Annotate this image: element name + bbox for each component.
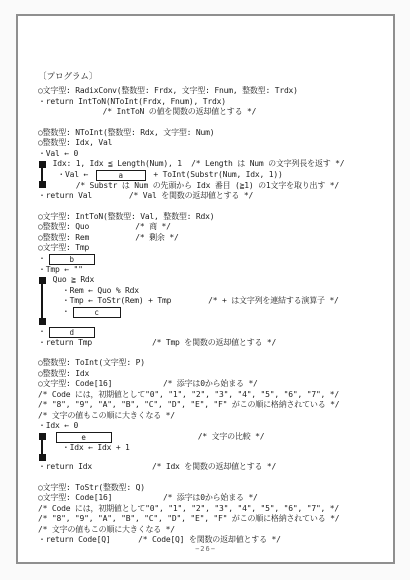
loop-marker-square xyxy=(38,453,48,462)
page-number: −26− xyxy=(18,545,393,553)
code-text: ○整数型: Idx, Val xyxy=(38,138,112,149)
program-section: ○整数型: ToInt(文字型: P)○整数型: Idx○文字型: Code[1… xyxy=(38,358,383,473)
loop-bar xyxy=(38,307,48,318)
code-line: ・Tmp ← "" xyxy=(38,265,383,276)
code-text: /* 文字の値もこの順に大きくなる */ xyxy=(38,411,175,422)
code-text: ・return Tmp /* Tmp を関数の返却値とする */ xyxy=(38,338,276,349)
code-line: /* 文字の値もこの順に大きくなる */ xyxy=(38,411,383,422)
program-section: ○整数型: NToInt(整数型: Rdx, 文字型: Num)○整数型: Id… xyxy=(38,128,383,202)
code-text: ○文字型: Code[16] /* 添字は0から始まる */ xyxy=(38,493,258,504)
code-text: Quo ≧ Rdx xyxy=(48,275,94,286)
code-text: ○文字型: Tmp xyxy=(38,243,89,254)
code-line xyxy=(38,318,383,327)
answer-box-c: c xyxy=(73,307,121,318)
code-text: ○整数型: Idx xyxy=(38,369,89,380)
code-text: + ToInt(Substr(Num, Idx, 1)) xyxy=(149,170,283,181)
code-line: ・return Val /* Val を関数の返却値とする */ xyxy=(38,191,383,202)
code-text: ・Rem ← Quo % Rdx xyxy=(48,286,139,297)
code-line xyxy=(38,453,383,462)
code-line: e /* 文字の比較 */ xyxy=(38,432,383,443)
code-line: ○整数型: NToInt(整数型: Rdx, 文字型: Num) xyxy=(38,128,383,139)
code-text: ・ xyxy=(48,307,70,318)
loop-marker-square xyxy=(38,275,48,286)
code-line: ○文字型: ToStr(整数型: Q) xyxy=(38,483,383,494)
code-line: ・Rem ← Quo % Rdx xyxy=(38,286,383,297)
code-text: ・Val ← xyxy=(48,170,93,181)
program-heading: 〔プログラム〕 xyxy=(38,72,383,83)
code-text: ・ xyxy=(38,254,46,265)
code-line: ○文字型: Tmp xyxy=(38,243,383,254)
code-text: ・Val ← 0 xyxy=(38,149,78,160)
code-line: ○整数型: Idx, Val xyxy=(38,138,383,149)
code-text: /* "8", "9", "A", "B", "C", "D", "E", "F… xyxy=(38,514,339,525)
code-line: ・return Code[Q] /* Code[Q] を関数の返却値とする */ xyxy=(38,535,383,546)
program-section: ○文字型: ToStr(整数型: Q)○文字型: Code[16] /* 添字は… xyxy=(38,483,383,546)
code-line: /* IntToN の値を関数の返却値とする */ xyxy=(38,107,383,118)
code-text: ・return IntToN(NToInt(Frdx, Fnum), Trdx) xyxy=(38,97,226,108)
code-text: ・Idx ← Idx + 1 xyxy=(48,443,130,454)
code-line: ○整数型: ToInt(文字型: P) xyxy=(38,358,383,369)
code-text: ・Tmp ← "" xyxy=(38,265,83,276)
loop-bar xyxy=(38,170,48,181)
code-text: /* "8", "9", "A", "B", "C", "D", "E", "F… xyxy=(38,400,339,411)
code-line: ○整数型: Idx xyxy=(38,369,383,380)
program-section: ○文字型: IntToN(整数型: Val, 整数型: Rdx)○整数型: Qu… xyxy=(38,212,383,349)
code-text: ・Tmp ← ToStr(Rem) + Tmp /* + は文字列を連結する演算… xyxy=(48,296,339,307)
code-text: /* 文字の比較 */ xyxy=(115,432,265,443)
code-line: ○文字型: RadixConv(整数型: Frdx, 文字型: Fnum, 整数… xyxy=(38,86,383,97)
code-text: ○整数型: NToInt(整数型: Rdx, 文字型: Num) xyxy=(38,128,214,139)
code-text: /* 文字の値もこの順に大きくなる */ xyxy=(38,525,175,536)
loop-bar xyxy=(38,286,48,297)
code-line: ○整数型: Rem /* 剰余 */ xyxy=(38,233,383,244)
code-line: /* Substr は Num の先頭から Idx 番目 (≧1) の1文字を取… xyxy=(38,181,383,192)
code-line: ・Idx ← 0 xyxy=(38,421,383,432)
loop-marker-square xyxy=(38,432,48,443)
code-text xyxy=(48,432,53,443)
code-text: ・Idx ← 0 xyxy=(38,421,78,432)
code-line: ○文字型: Code[16] /* 添字は0から始まる */ xyxy=(38,493,383,504)
loop-bar xyxy=(38,443,48,454)
code-line: /* "8", "9", "A", "B", "C", "D", "E", "F… xyxy=(38,400,383,411)
code-line: ○文字型: Code[16] /* 添字は0から始まる */ xyxy=(38,379,383,390)
code-line: Quo ≧ Rdx xyxy=(38,275,383,286)
loop-marker-square xyxy=(38,181,48,192)
loop-marker-square xyxy=(38,318,48,327)
code-line: Idx: 1, Idx ≦ Length(Num), 1 /* Length は… xyxy=(38,159,383,170)
code-line: /* Code には，初期値として"0", "1", "2", "3", "4"… xyxy=(38,390,383,401)
code-text: /* Substr は Num の先頭から Idx 番目 (≧1) の1文字を取… xyxy=(48,181,339,192)
answer-box-d: d xyxy=(49,327,95,338)
code-text: ・ xyxy=(38,327,46,338)
answer-box-b: b xyxy=(49,254,95,265)
code-line: /* "8", "9", "A", "B", "C", "D", "E", "F… xyxy=(38,514,383,525)
code-text: ○文字型: RadixConv(整数型: Frdx, 文字型: Fnum, 整数… xyxy=(38,86,298,97)
code-text: ○整数型: Rem /* 剰余 */ xyxy=(38,233,179,244)
code-text: ○整数型: Quo /* 商 */ xyxy=(38,222,171,233)
code-text: ・return Val /* Val を関数の返却値とする */ xyxy=(38,191,253,202)
code-text: ・return Idx /* Idx を関数の返却値とする */ xyxy=(38,462,276,473)
code-text: ○文字型: Code[16] /* 添字は0から始まる */ xyxy=(38,379,258,390)
code-line: ○整数型: Quo /* 商 */ xyxy=(38,222,383,233)
code-text: /* Code には，初期値として"0", "1", "2", "3", "4"… xyxy=(38,390,339,401)
code-line: ・return Tmp /* Tmp を関数の返却値とする */ xyxy=(38,338,383,349)
code-line: /* 文字の値もこの順に大きくなる */ xyxy=(38,525,383,536)
code-line: ・b xyxy=(38,254,383,265)
code-text: ○文字型: IntToN(整数型: Val, 整数型: Rdx) xyxy=(38,212,214,223)
code-line: ・d xyxy=(38,327,383,338)
code-line: ・Tmp ← ToStr(Rem) + Tmp /* + は文字列を連結する演算… xyxy=(38,296,383,307)
code-text: /* IntToN の値を関数の返却値とする */ xyxy=(38,107,256,118)
code-line: ・Idx ← Idx + 1 xyxy=(38,443,383,454)
code-line: ・return Idx /* Idx を関数の返却値とする */ xyxy=(38,462,383,473)
code-line: ・c xyxy=(38,307,383,318)
code-text: ○整数型: ToInt(文字型: P) xyxy=(38,358,145,369)
code-text: /* Code には，初期値として"0", "1", "2", "3", "4"… xyxy=(38,504,339,515)
answer-box-a: a xyxy=(96,170,146,181)
code-line: ・return IntToN(NToInt(Frdx, Fnum), Trdx) xyxy=(38,97,383,108)
loop-bar xyxy=(38,296,48,307)
code-line: /* Code には，初期値として"0", "1", "2", "3", "4"… xyxy=(38,504,383,515)
document-page: 〔プログラム〕 ○文字型: RadixConv(整数型: Frdx, 文字型: … xyxy=(16,14,395,564)
program-listing: ○文字型: RadixConv(整数型: Frdx, 文字型: Fnum, 整数… xyxy=(38,86,383,546)
code-line: ・Val ← a + ToInt(Substr(Num, Idx, 1)) xyxy=(38,170,383,181)
answer-box-e: e xyxy=(56,432,112,443)
loop-marker-square xyxy=(38,159,48,170)
code-line: ○文字型: IntToN(整数型: Val, 整数型: Rdx) xyxy=(38,212,383,223)
code-text: Idx: 1, Idx ≦ Length(Num), 1 /* Length は… xyxy=(48,159,344,170)
code-text: ○文字型: ToStr(整数型: Q) xyxy=(38,483,145,494)
code-text: ・return Code[Q] /* Code[Q] を関数の返却値とする */ xyxy=(38,535,281,546)
program-section: ○文字型: RadixConv(整数型: Frdx, 文字型: Fnum, 整数… xyxy=(38,86,383,118)
code-line: ・Val ← 0 xyxy=(38,149,383,160)
